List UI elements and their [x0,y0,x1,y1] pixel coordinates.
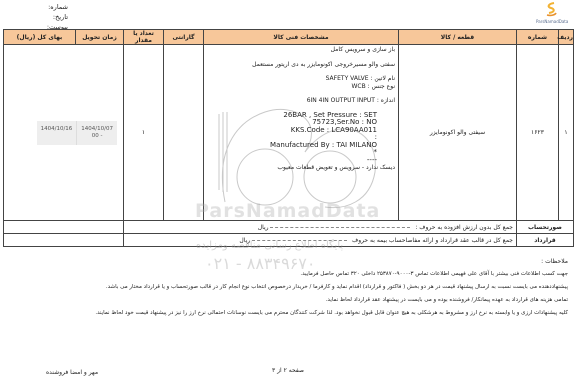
spec-line: اندازه : 6IN 4IN OUTPUT INPUT [207,97,395,105]
cell-number: ۱۶۲۳ [517,45,559,221]
logo-swirl-icon [544,2,558,18]
delivery-from-date: 1404/10/07 00 - [77,121,117,145]
spec-line: ---- [207,157,395,165]
col-header-delivery: زمان تحویل [76,30,124,45]
col-header-item: قطعه / کالا [399,30,517,45]
cell-warranty [164,45,204,221]
notes-title: ملاحظات : [8,255,568,268]
cell-spec: باز سازی و سرویس کامل سفتی والو مسیرخروج… [204,45,399,221]
summary-label-invoice: صورتحساب [517,221,574,234]
watermark-tagline: پایگاه اطلاع رسانی مناقصه ومزایده [196,240,343,251]
delivery-to-date: 1404/10/16 [37,121,78,145]
spec-line: Manufactured By : TAI MILANO [207,142,395,150]
spec-line: سفتی والو مسیرخروجی اکونومایزر به دی اری… [207,61,395,69]
note-line: کلیه پیشنهادات ارزی و یا وابسته به نرخ ا… [8,307,568,320]
seller-signature-label: مهر و امضا فروشنده [46,369,98,376]
summary-text: جمع کل بدون ارزش افزوده به حروف : [415,224,513,231]
spec-line: باز سازی و سرویس کامل [207,46,395,54]
col-header-warranty: گارانتی [164,30,204,45]
summary-value-invoice [4,221,124,234]
fill-line [270,227,410,228]
summary-label-contract: قرارداد [517,234,574,247]
spec-line: نام لاتین : SAFETY VALVE [207,75,395,83]
delivery-from-value: 1404/10/07 [81,126,113,132]
page-number: صفحه ۲ از ۳ [272,367,304,374]
cell-quantity: ۱ [124,45,164,221]
note-line: تمامی هزینه های قرارداد به عهده پیمانکار… [8,294,568,307]
notes-section: ملاحظات : جهت کسب اطلاعات فنی بیشتر با آ… [8,255,568,320]
col-header-total-price: بهای کل (ریال) [4,30,76,45]
document-meta: شماره: تاریخ: پیوست: [38,2,68,32]
logo-text: ParsNamadData [536,19,568,24]
note-line: جهت کسب اطلاعات فنی بیشتر با آقای علی فه… [8,268,568,281]
currency-label: ریال [258,224,269,231]
table-header-row: ردیف شماره قطعه / کالا مشخصات فنی کالا گ… [4,30,574,45]
spec-line: دیسک ندارد - سرویس و تعویض قطعات معیوب [207,164,395,172]
cell-item: سیفتی والو اکونومایزر [399,45,517,221]
table-row: ۱ ۱۶۲۳ سیفتی والو اکونومایزر باز سازی و … [4,45,574,221]
spec-line: KKS.Code : LCA90AA011 [207,127,395,135]
company-logo: ParsNamadData [534,2,568,28]
summary-value-contract [4,234,124,247]
meta-date-label: تاریخ: [38,12,68,22]
col-header-number: شماره [517,30,559,45]
watermark-brand: ParsNamadData [195,200,380,222]
col-header-quantity: تعداد یا مقدار [124,30,164,45]
meta-number-label: شماره: [38,2,68,12]
delivery-date-box: 1404/10/16 1404/10/07 00 - [37,121,117,145]
delivery-from-sub: 00 - [92,133,103,139]
cell-row-no: ۱ [559,45,574,221]
cell-delivery-price: 1404/10/16 1404/10/07 00 - [4,45,124,221]
spec-line: نوع جنس : WCB [207,83,395,91]
col-header-row-no: ردیف [559,30,574,45]
summary-text-invoice: جمع کل بدون ارزش افزوده به حروف : ریال [124,221,517,234]
summary-text: جمع کل در قالب عقد قرارداد و ارائه مفاصا… [352,237,513,244]
col-header-spec: مشخصات فنی کالا [204,30,399,45]
summary-row-invoice: صورتحساب جمع کل بدون ارزش افزوده به حروف… [4,221,574,234]
note-line: پیشنهاددهنده می بایست نسبت به ارسال پیشن… [8,281,568,294]
